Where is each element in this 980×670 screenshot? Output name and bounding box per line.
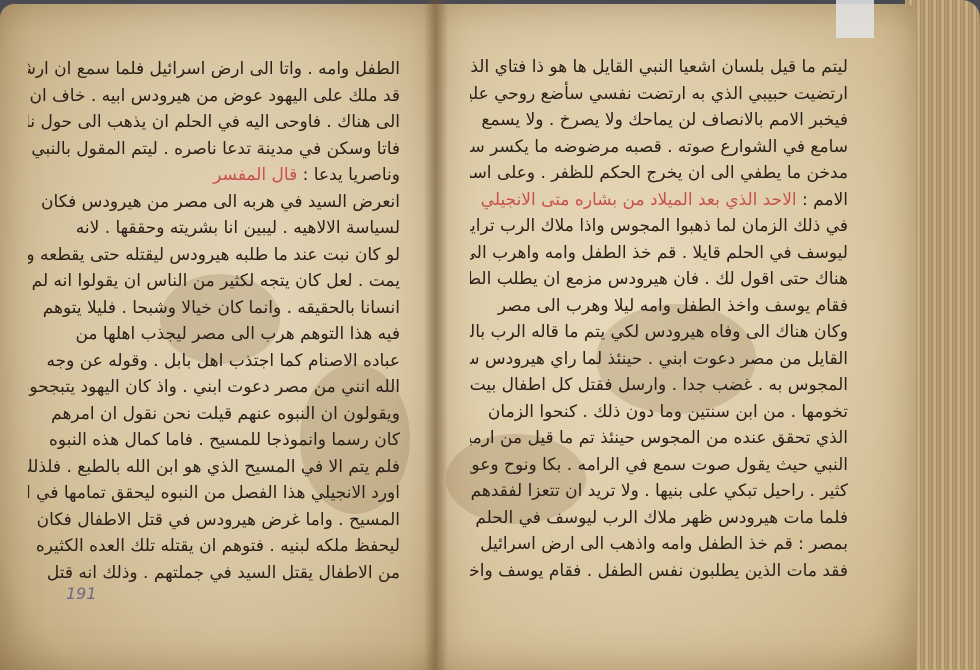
text-line-with-rubric: وناصريا يدعا : قال المفسر (28, 162, 400, 189)
text-line: فقد مات الذين يطلبون نفس الطفل . فقام يو… (470, 558, 848, 585)
text-line: انسانا بالحقيقه . وانما كان خيالا وشبحا … (28, 295, 400, 322)
right-page-text: ليتم ما قيل بلسان اشعيا النبي القايل ها … (470, 54, 848, 584)
folio-number: 191 (66, 584, 97, 603)
text-line: الله انني من مصر دعوت ابني . واذ كان الي… (28, 374, 400, 401)
text-line: فاتا وسكن في مدينة تدعا ناصره . ليتم الم… (28, 136, 400, 163)
book-gutter (424, 0, 448, 670)
text-line: فيخبر الامم بالانصاف لن يماحك ولا يصرخ .… (470, 107, 848, 134)
text-line: مدخن ما يطفي الى ان يخرج الحكم للظفر . و… (470, 160, 848, 187)
text-line-with-rubric: الامم : الاحد الذي بعد الميلاد من بشاره … (470, 187, 848, 214)
text-line: من الاطفال يقتل السيد في جملتهم . وذلك ا… (28, 560, 400, 587)
text-line: بمصر : قم خذ الطفل وامه واذهب الى ارض اس… (470, 531, 848, 558)
paper-tab (836, 0, 874, 38)
text-line: كان رسما وانموذجا للمسيح . فاما كمال هذه… (28, 427, 400, 454)
text-line: ليتم ما قيل بلسان اشعيا النبي القايل ها … (470, 54, 848, 81)
text-line: فقام يوسف واخذ الطفل وامه ليلا وهرب الى … (470, 293, 848, 320)
text-line: الى هناك . فاوحى اليه في الحلم ان يذهب ا… (28, 109, 400, 136)
text-line: ليوسف في الحلم قايلا . قم خذ الطفل وامه … (470, 240, 848, 267)
page-fore-edge (905, 0, 980, 670)
text-line: القايل من مصر دعوت ابني . حينئذ لما راي … (470, 346, 848, 373)
text-line: ليحفظ ملكه لبنيه . فتوهم ان يقتله تلك ال… (28, 533, 400, 560)
text-line: فيه هذا التوهم هرب الى مصر ليجذب اهلها م… (28, 321, 400, 348)
text-line: فلم يتم الا في المسيح الذي هو ابن الله ب… (28, 454, 400, 481)
rubric-heading: الاحد الذي بعد الميلاد من بشاره متى الان… (481, 190, 797, 210)
text-line: تخومها . من ابن سنتين وما دون ذلك . كنحو… (470, 399, 848, 426)
text-line: لو كان نبت عند ما طلبه هيرودس ليقتله حتى… (28, 242, 400, 269)
rubric-heading: قال المفسر (213, 165, 297, 185)
open-manuscript: الطفل وامه . واتا الى ارض اسرائيل فلما س… (0, 0, 980, 670)
text-line: كثير . راحيل تبكي على بنيها . ولا تريد ا… (470, 478, 848, 505)
text-line: وكان هناك الى وفاه هيرودس لكي يتم ما قال… (470, 319, 848, 346)
text-line: هناك حتى اقول لك . فان هيرودس مزمع ان يط… (470, 266, 848, 293)
text-fragment: وناصريا يدعا : (303, 165, 400, 185)
text-line: الطفل وامه . واتا الى ارض اسرائيل فلما س… (28, 56, 400, 83)
text-line: المسيح . واما غرض هيرودس في قتل الاطفال … (28, 507, 400, 534)
text-line: فلما مات هيرودس ظهر ملاك الرب ليوسف في ا… (470, 505, 848, 532)
text-line: لسياسة الالاهيه . ليبين انا بشريته وحققه… (28, 215, 400, 242)
text-line: ارتضيت حبيبي الذي به ارتضت نفسي سأضع روح… (470, 81, 848, 108)
text-line: سامع في الشوارع صوته . قصبه مرضوضه ما يك… (470, 134, 848, 161)
left-page-text: الطفل وامه . واتا الى ارض اسرائيل فلما س… (28, 56, 400, 586)
text-line: عباده الاصنام كما اجتذب اهل بابل . وقوله… (28, 348, 400, 375)
text-line: ويقولون ان النبوه عنهم قيلت نحن نقول ان … (28, 401, 400, 428)
text-line: انعرض السيد في هربه الى مصر من هيرودس فك… (28, 189, 400, 216)
text-line: الذي تحقق عنده من المجوس حينئذ تم ما قيل… (470, 425, 848, 452)
text-fragment: الامم : (802, 190, 848, 210)
text-line: يمت . لعل كان يتجه لكثير من الناس ان يقو… (28, 268, 400, 295)
text-line: في ذلك الزمان لما ذهبوا المجوس واذا ملاك… (470, 213, 848, 240)
text-line: المجوس به . غضب جدا . وارسل فقتل كل اطفا… (470, 372, 848, 399)
text-line: اورد الانجيلي هذا الفصل من النبوه ليحقق … (28, 480, 400, 507)
text-line: النبي حيث يقول صوت سمع في الرامه . بكا و… (470, 452, 848, 479)
text-line: قد ملك على اليهود عوض من هيرودس ابيه . خ… (28, 83, 400, 110)
